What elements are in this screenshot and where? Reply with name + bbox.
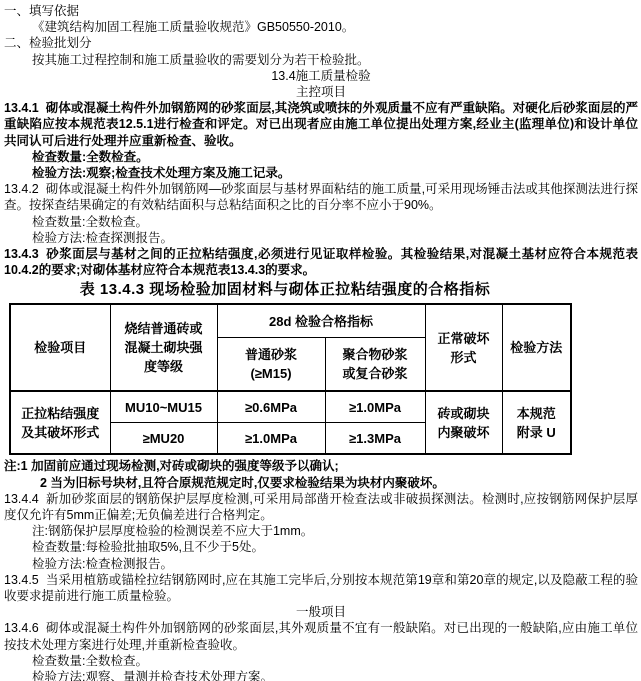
clause-13-4-6-text: 砌体或混凝土构件外加钢筋网的砂浆面层,其外观质量不宜有一般缺陷。对已出现的一般缺… [4, 621, 638, 651]
clause-13-4-5-number: 13.4.5 [4, 573, 46, 587]
general-items-heading: 一般项目 [4, 604, 638, 620]
batch-body: 按其施工过程控制和施工质量验收的需要划分为若干检验批。 [4, 52, 638, 68]
document: 一、填写依据 《建筑结构加固工程施工质量验收规范》GB50550-2010。 二… [0, 0, 641, 681]
cell-failure: 砖或砌块 内聚破坏 [425, 391, 502, 454]
cell-grade-row1: MU10~MU15 [110, 391, 217, 423]
header-cell-item: 检验项目 [10, 304, 110, 391]
clause-13-4-6-number: 13.4.6 [4, 621, 46, 635]
header-cell-28d: 28d 检验合格指标 [217, 304, 425, 338]
clause-13-4-2-number: 13.4.2 [4, 182, 46, 196]
clause-13-4-4-note: 注:钢筋保护层厚度检验的检测误差不应大于1mm。 [4, 523, 638, 539]
clause-13-4-6: 13.4.6砌体或混凝土构件外加钢筋网的砂浆面层,其外观质量不宜有一般缺陷。对已… [4, 620, 638, 652]
cell-method: 本规范 附录 U [502, 391, 571, 454]
clause-13-4-2-check-method: 检验方法:检查探测报告。 [4, 230, 638, 246]
clause-13-4-1: 13.4.1砌体或混凝土构件外加钢筋网的砂浆面层,其浇筑或喷抹的外观质量不应有严… [4, 100, 638, 149]
batch-heading: 二、检验批划分 [4, 35, 638, 51]
clause-13-4-2-text: 砌体或混凝土构件外加钢筋网—砂浆面层与基材界面粘结的施工质量,可采用现场锤击法或… [4, 182, 638, 212]
clause-13-4-4: 13.4.4新加砂浆面层的钢筋保护层厚度检测,可采用局部凿开检查法或非破损探测法… [4, 491, 638, 523]
clause-13-4-3-number: 13.4.3 [4, 247, 46, 261]
clause-13-4-2: 13.4.2砌体或混凝土构件外加钢筋网—砂浆面层与基材界面粘结的施工质量,可采用… [4, 181, 638, 213]
cell-ordinary-row1: ≥0.6MPa [217, 391, 325, 423]
clause-13-4-4-check-method: 检验方法:检查检测报告。 [4, 556, 638, 572]
clause-13-4-1-check-quantity: 检查数量:全数检查。 [4, 149, 638, 165]
header-cell-failure: 正常破坏 形式 [425, 304, 502, 391]
cell-item: 正拉粘结强度 及其破坏形式 [10, 391, 110, 454]
clause-13-4-4-text: 新加砂浆面层的钢筋保护层厚度检测,可采用局部凿开检查法或非破损探测法。检测时,应… [4, 492, 638, 522]
header-cell-method: 检验方法 [502, 304, 571, 391]
cell-ordinary-row2: ≥1.0MPa [217, 423, 325, 455]
cell-polymer-row1: ≥1.0MPa [325, 391, 425, 423]
clause-13-4-4-number: 13.4.4 [4, 492, 46, 506]
table-note-2: 2 当为旧标号块材,且符合原规范规定时,仅要求检验结果为块材内聚破坏。 [4, 475, 638, 491]
clause-13-4-6-check-method: 检验方法:观察、量测并检查技术处理方案。 [4, 669, 638, 681]
header-cell-polymer-mortar: 聚合物砂浆 或复合砂浆 [325, 338, 425, 392]
header-cell-ordinary-mortar: 普通砂浆 (≥M15) [217, 338, 325, 392]
section-title: 13.4施工质量检验 [4, 68, 638, 84]
cell-grade-row2: ≥MU20 [110, 423, 217, 455]
cell-polymer-row2: ≥1.3MPa [325, 423, 425, 455]
clause-13-4-4-check-quantity: 检查数量:每检验批抽取5%,且不少于5处。 [4, 539, 638, 555]
table-13-4-3: 检验项目 烧结普通砖或 混凝土砌块强 度等级 28d 检验合格指标 正常破坏 形… [9, 303, 572, 455]
basis-body: 《建筑结构加固工程施工质量验收规范》GB50550-2010。 [4, 19, 638, 35]
clause-13-4-1-check-method: 检验方法:观察;检查技术处理方案及施工记录。 [4, 165, 638, 181]
clause-13-4-6-check-quantity: 检查数量:全数检查。 [4, 653, 638, 669]
main-items-heading: 主控项目 [4, 84, 638, 100]
table-row: 正拉粘结强度 及其破坏形式 MU10~MU15 ≥0.6MPa ≥1.0MPa … [10, 391, 571, 423]
clause-13-4-2-check-quantity: 检查数量:全数检查。 [4, 214, 638, 230]
clause-13-4-3-text: 砂浆面层与基材之间的正拉粘结强度,必须进行见证取样检验。其检验结果,对混凝土基材… [4, 247, 638, 277]
clause-13-4-5-text: 当采用植筋或锚栓拉结钢筋网时,应在其施工完毕后,分别按本规范第19章和第20章的… [4, 573, 638, 603]
table-note-1: 注:1 加固前应通过现场检测,对砖或砌块的强度等级予以确认; [4, 458, 638, 474]
clause-13-4-3: 13.4.3砂浆面层与基材之间的正拉粘结强度,必须进行见证取样检验。其检验结果,… [4, 246, 638, 278]
basis-heading: 一、填写依据 [4, 3, 638, 19]
clause-13-4-1-text: 砌体或混凝土构件外加钢筋网的砂浆面层,其浇筑或喷抹的外观质量不应有严重缺陷。对硬… [4, 101, 638, 147]
header-cell-grade: 烧结普通砖或 混凝土砌块强 度等级 [110, 304, 217, 391]
clause-13-4-1-number: 13.4.1 [4, 101, 46, 115]
clause-13-4-5: 13.4.5当采用植筋或锚栓拉结钢筋网时,应在其施工完毕后,分别按本规范第19章… [4, 572, 638, 604]
table-13-4-3-title: 表 13.4.3 现场检验加固材料与砌体正拉粘结强度的合格指标 [4, 281, 566, 299]
